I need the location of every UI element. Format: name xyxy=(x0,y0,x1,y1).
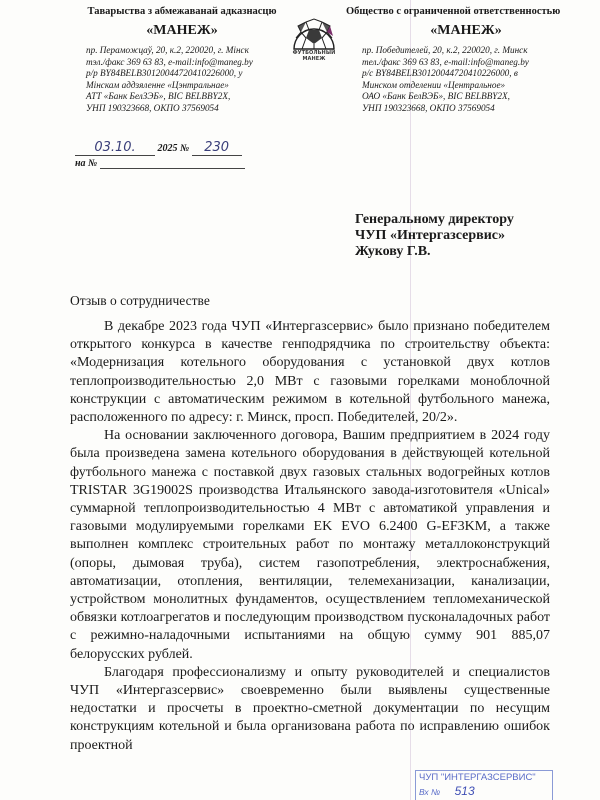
soccer-ball-icon xyxy=(292,16,336,50)
address-line: УНП 190323668, ОКПО 37569054 xyxy=(362,103,596,115)
letterhead-right-russian: Общество с ограниченной ответственностью… xyxy=(346,6,596,115)
addressee-name: Жукову Г.В. xyxy=(355,244,514,260)
address-line: ОАО «Банк БелВЭБ», BIC BELBBY2X, xyxy=(362,91,596,103)
addressee-block: Генеральному директору ЧУП «Интергазсерв… xyxy=(355,212,514,260)
addressee-position: Генеральному директору xyxy=(355,212,514,228)
letterhead-left-belarusian: Таварыства з абмежаванай адказнасцю «МАН… xyxy=(42,6,292,115)
address-line: р/р BY84BELB30120044720410226000, у xyxy=(86,68,292,80)
letter-body: В декабре 2023 года ЧУП «Интергазсервис»… xyxy=(70,318,550,755)
address-line: пр. Победителей, 20, к.2, 220020, г. Мин… xyxy=(362,45,596,57)
org-address-by: пр. Пераможцаў, 20, к.2, 220020, г. Мінс… xyxy=(86,45,292,115)
incoming-stamp: ЧУП "ИНТЕРГАЗСЕРВИС" Вх № 513 xyxy=(415,770,553,800)
address-line: УНП 190323668, ОКПО 37569054 xyxy=(86,103,292,115)
address-line: тел./факс 369 63 83, e-mail:info@maneg.b… xyxy=(362,57,596,69)
logo: ФУТБОЛЬНЫЙ МАНЕЖ xyxy=(281,16,347,66)
logo-caption: ФУТБОЛЬНЫЙ МАНЕЖ xyxy=(281,50,347,62)
registration-line: 03.10. 2025 № 230 xyxy=(75,140,242,156)
addressee-company: ЧУП «Интергазсервис» xyxy=(355,228,514,244)
stamp-incoming-number: 513 xyxy=(455,784,475,798)
address-line: АТТ «Банк БелЗЭБ», BIC BELBBY2X, xyxy=(86,91,292,103)
org-brand-by: «МАНЕЖ» xyxy=(72,23,292,39)
stamp-incoming-label: Вх № xyxy=(419,787,440,797)
registration-date: 03.10. xyxy=(75,140,155,156)
org-address-ru: пр. Победителей, 20, к.2, 220020, г. Мин… xyxy=(362,45,596,115)
stamp-incoming: Вх № 513 xyxy=(419,784,549,798)
reply-number-blank xyxy=(100,159,245,169)
org-brand-ru: «МАНЕЖ» xyxy=(376,23,556,39)
address-line: р/с BY84BELB30120044720410226000, в xyxy=(362,68,596,80)
letter-subject: Отзыв о сотрудничестве xyxy=(70,293,210,309)
paragraph: На основании заключенного договора, Ваши… xyxy=(70,427,550,664)
org-type-ru: Общество с ограниченной ответственностью xyxy=(346,6,586,17)
registration-number: 230 xyxy=(192,140,242,156)
reply-label: на № xyxy=(75,158,97,169)
paragraph: В декабре 2023 года ЧУП «Интергазсервис»… xyxy=(70,318,550,427)
paragraph: Благодаря профессионализму и опыту руков… xyxy=(70,664,550,755)
stamp-org: ЧУП "ИНТЕРГАЗСЕРВИС" xyxy=(419,772,549,783)
org-type-by: Таварыства з абмежаванай адказнасцю xyxy=(72,6,292,17)
address-line: Минском отделении «Центральное» xyxy=(362,80,596,92)
address-line: тэл./факс 369 63 83, e-mail:info@maneg.b… xyxy=(86,57,292,69)
logo-caption-line: МАНЕЖ xyxy=(281,56,347,62)
registration-year: 2025 № xyxy=(158,143,190,154)
address-line: Мінскам аддзяленне «Цэнтральнае» xyxy=(86,80,292,92)
address-line: пр. Пераможцаў, 20, к.2, 220020, г. Мінс… xyxy=(86,45,292,57)
reply-reference: на № xyxy=(75,158,245,169)
